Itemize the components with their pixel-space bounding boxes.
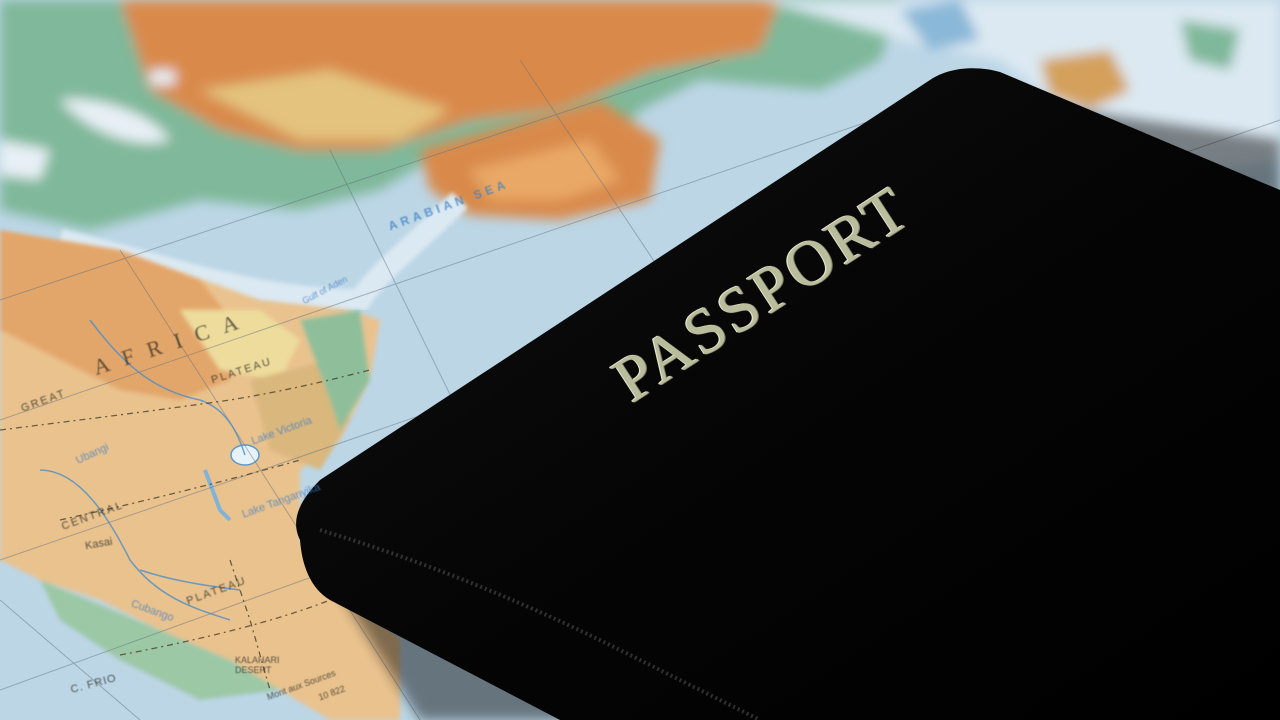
label-kalahari: KALAHARI DESERT (235, 655, 305, 675)
